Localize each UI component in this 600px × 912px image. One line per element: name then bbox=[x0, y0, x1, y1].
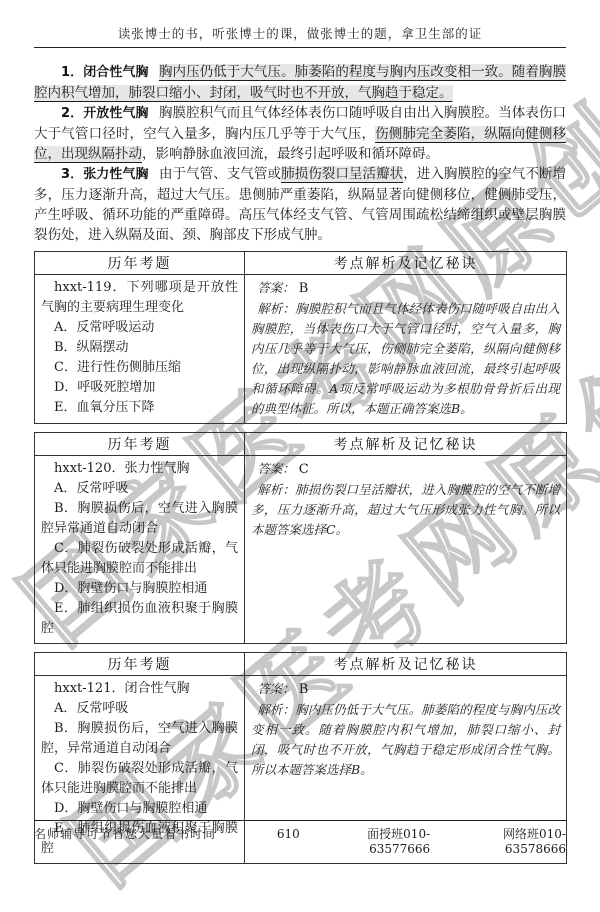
option-a: A．反常呼吸 bbox=[41, 479, 238, 499]
answer-line: 答案：B bbox=[251, 679, 560, 700]
analysis-body: 肺损伤裂口呈活瓣状，进入胸膜腔的空气不断增多，压力逐渐升高，超过大气压形成张力性… bbox=[251, 482, 560, 537]
column-header-past-questions: 历年考题 bbox=[35, 653, 245, 676]
option-d: D．胸壁伤口与胸膜腔相通 bbox=[41, 799, 238, 819]
footer-phone-online: 网络班010-63578666 bbox=[444, 825, 566, 856]
paragraph-3-highlight: 肺损伤裂口呈活瓣状 bbox=[281, 166, 403, 182]
page-header: 读张博士的书，听张博士的课，做张博士的题，拿卫生部的证 bbox=[34, 0, 566, 48]
paragraph-closed-pneumothorax: 1．闭合性气胸胸内压仍低于大气压。肺萎陷的程度与胸内压改变相一致。随着胸膜腔内积… bbox=[34, 62, 566, 103]
paragraph-3-label: 3．张力性气胸 bbox=[61, 167, 149, 182]
analysis-body: 胸膜腔积气而且气体经体表伤口随呼吸自由出入胸膜腔，当体表伤口大于气管口径时，空气… bbox=[251, 301, 560, 416]
footer-slogan: 名师辅导可节省您大量看书时间 bbox=[34, 825, 268, 842]
option-d: D．呼吸死腔增加 bbox=[41, 378, 238, 398]
option-c: C．肺裂伤破裂处形成活瓣，气体只能进胸膜腔而不能排出 bbox=[41, 759, 238, 799]
analysis-body: 胸内压仍低于大气压。肺萎陷的程度与胸内压改变相一致。随着胸膜腔内积气增加，肺裂口… bbox=[251, 702, 560, 777]
analysis-text: 解析：胸膜腔积气而且气体经体表伤口随呼吸自由出入胸膜腔，当体表伤口大于气管口径时… bbox=[251, 299, 560, 419]
document-page: 国家医考网原创 国家医考网原创 读张博士的书，听张博士的课，做张博士的题，拿卫生… bbox=[0, 0, 600, 912]
option-d: D．胸壁伤口与胸膜腔相通 bbox=[41, 579, 238, 599]
header-slogan: 读张博士的书，听张博士的课，做张博士的题，拿卫生部的证 bbox=[34, 24, 566, 42]
paragraph-2-label: 2．开放性气胸 bbox=[61, 106, 149, 121]
option-b: B．胸膜损伤后，空气进入胸膜腔异常通道自动闭合 bbox=[41, 499, 238, 539]
page-content: 读张博士的书，听张博士的课，做张博士的题，拿卫生部的证 1．闭合性气胸胸内压仍低… bbox=[34, 0, 566, 864]
paragraph-2-post: ，影响静脉血液回流，最终引起呼吸和循环障碍。 bbox=[142, 146, 439, 162]
option-e: E．血氧分压下降 bbox=[41, 398, 238, 418]
option-e: E．肺组织损伤血液积聚于胸膜腔 bbox=[41, 599, 238, 639]
answer-label: 答案： bbox=[257, 280, 295, 295]
question-cell: hxxt-120．张力性气胸 A．反常呼吸 B．胸膜损伤后，空气进入胸膜腔异常通… bbox=[35, 456, 245, 644]
option-b: B．胸膜损伤后，空气进入胸膜腔，异常通道自动闭合 bbox=[41, 719, 238, 759]
option-c: C．肺裂伤破裂处形成活瓣，气体只能进胸膜腔而不能排出 bbox=[41, 539, 238, 579]
lesson-text: 1．闭合性气胸胸内压仍低于大气压。肺萎陷的程度与胸内压改变相一致。随着胸膜腔内积… bbox=[34, 62, 566, 245]
paragraph-open-pneumothorax: 2．开放性气胸胸膜腔积气而且气体经体表伤口随呼吸自由出入胸膜腔。当体表伤口大于气… bbox=[34, 103, 566, 164]
analysis-label: 解析： bbox=[257, 482, 295, 497]
analysis-label: 解析： bbox=[257, 301, 295, 316]
footer-contacts: 面授班010-63577666 网络班010-63578666 bbox=[308, 825, 566, 856]
column-header-analysis: 考点解析及记忆秘诀 bbox=[245, 252, 567, 275]
answer-line: 答案：C bbox=[251, 459, 560, 480]
paragraph-3-pre: 由于气管、支气管或 bbox=[159, 166, 281, 182]
paragraph-1-label: 1．闭合性气胸 bbox=[61, 65, 149, 80]
option-a: A．反常呼吸运动 bbox=[41, 318, 238, 338]
question-text: hxxt-121．闭合性气胸 bbox=[41, 679, 238, 699]
column-header-past-questions: 历年考题 bbox=[35, 252, 245, 275]
column-header-past-questions: 历年考题 bbox=[35, 433, 245, 456]
page-number: 610 bbox=[268, 827, 308, 841]
answer-letter: B bbox=[299, 281, 309, 296]
question-cell: hxxt-119．下列哪项是开放性气胸的主要病理生理变化 A．反常呼吸运动 B．… bbox=[35, 275, 245, 424]
page-footer: 名师辅导可节省您大量看书时间 610 面授班010-63577666 网络班01… bbox=[34, 820, 566, 856]
column-header-analysis: 考点解析及记忆秘诀 bbox=[245, 653, 567, 676]
column-header-analysis: 考点解析及记忆秘诀 bbox=[245, 433, 567, 456]
answer-label: 答案： bbox=[257, 461, 295, 476]
question-table-hxxt-120: 历年考题 考点解析及记忆秘诀 hxxt-120．张力性气胸 A．反常呼吸 B．胸… bbox=[34, 432, 567, 644]
option-c: C．进行性伤侧肺压缩 bbox=[41, 358, 238, 378]
answer-label: 答案： bbox=[257, 681, 295, 696]
answer-letter: C bbox=[299, 462, 309, 477]
question-text: hxxt-119．下列哪项是开放性气胸的主要病理生理变化 bbox=[41, 278, 238, 318]
analysis-text: 解析：胸内压仍低于大气压。肺萎陷的程度与胸内压改变相一致。随着胸膜腔内积气增加，… bbox=[251, 700, 560, 780]
analysis-text: 解析：肺损伤裂口呈活瓣状，进入胸膜腔的空气不断增多，压力逐渐升高，超过大气压形成… bbox=[251, 480, 560, 540]
question-table-hxxt-119: 历年考题 考点解析及记忆秘诀 hxxt-119．下列哪项是开放性气胸的主要病理生… bbox=[34, 251, 567, 424]
answer-letter: B bbox=[299, 682, 309, 697]
footer-phone-onsite: 面授班010-63577666 bbox=[308, 825, 430, 856]
option-a: A．反常呼吸 bbox=[41, 699, 238, 719]
analysis-cell: 答案：B 解析：胸膜腔积气而且气体经体表伤口随呼吸自由出入胸膜腔，当体表伤口大于… bbox=[245, 275, 567, 424]
paragraph-tension-pneumothorax: 3．张力性气胸由于气管、支气管或肺损伤裂口呈活瓣状，进入胸膜腔的空气不断增多，压… bbox=[34, 164, 566, 245]
option-b: B．纵隔摆动 bbox=[41, 338, 238, 358]
answer-line: 答案：B bbox=[251, 278, 560, 299]
question-text: hxxt-120．张力性气胸 bbox=[41, 459, 238, 479]
analysis-label: 解析： bbox=[257, 702, 295, 717]
analysis-cell: 答案：C 解析：肺损伤裂口呈活瓣状，进入胸膜腔的空气不断增多，压力逐渐升高，超过… bbox=[245, 456, 567, 644]
